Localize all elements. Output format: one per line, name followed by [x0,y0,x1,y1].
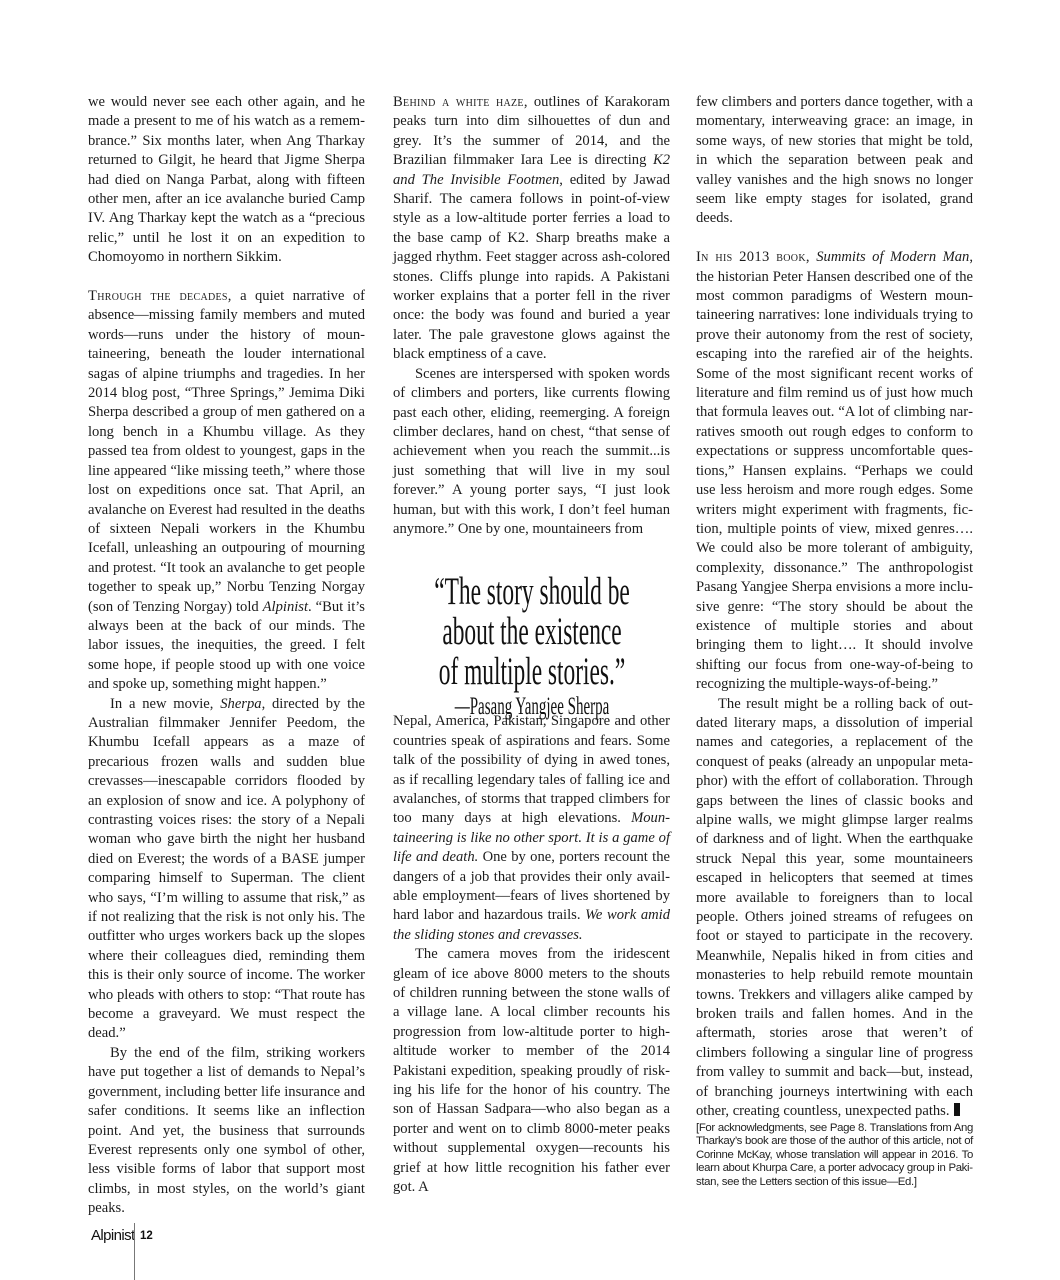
page-number: 12 [140,1230,153,1242]
pull-quote-line: of multiple stories.” [434,652,630,692]
film-title: Sherpa [220,696,261,712]
pull-quote-attribution: —Pasang Yangjee Sherpa [434,692,630,722]
folio-divider [134,1223,135,1280]
book-title: Summits of Modern Man [816,249,969,265]
pull-quote-line: about the existence [434,612,630,652]
section-lead-in: Through the decades, [88,288,232,304]
folio: Alpinist [91,1227,135,1245]
paragraph: The camera moves from the iridescent gle… [393,945,670,1197]
pull-quote-line: “The story should be [434,572,630,612]
section-lead-in: Behind a white haze, [393,94,528,110]
end-of-article-mark [954,1103,960,1116]
paragraph: Scenes are interspersed with spoken word… [393,365,670,540]
editor-footnote: [For acknowledgments, see Page 8. Transl… [696,1122,973,1190]
article-column-2: Behind a white haze, outlines of Karakor… [393,93,670,1198]
paragraph: The result might be a rolling back of ou… [696,695,973,1122]
article-column-1: we would never see each other again, and… [88,93,365,1219]
paragraph-section-in-his-2013-book: In his 2013 book, Summits of Modern Man,… [696,248,973,694]
paragraph-section-behind-a-white-haze: Behind a white haze, outlines of Karakor… [393,93,670,365]
paragraph: In a new movie, Sherpa, directed by the … [88,695,365,1044]
paragraph: Nepal, America, Pakistan, Singapore and … [393,712,670,945]
magazine-brand: Alpinist [91,1227,135,1244]
pull-quote: “The story should be about the existence… [393,539,670,706]
paragraph-section-through-the-decades: Through the decades, a quiet narrative o… [88,287,365,695]
paragraph: By the end of the film, striking workers… [88,1044,365,1219]
paragraph: few climbers and porters dance together,… [696,93,973,229]
publication-title: Alpinist [263,599,308,615]
section-lead-in: In his 2013 book, [696,249,810,265]
article-column-3: few climbers and porters dance together,… [696,93,973,1189]
paragraph: we would never see each other again, and… [88,93,365,268]
